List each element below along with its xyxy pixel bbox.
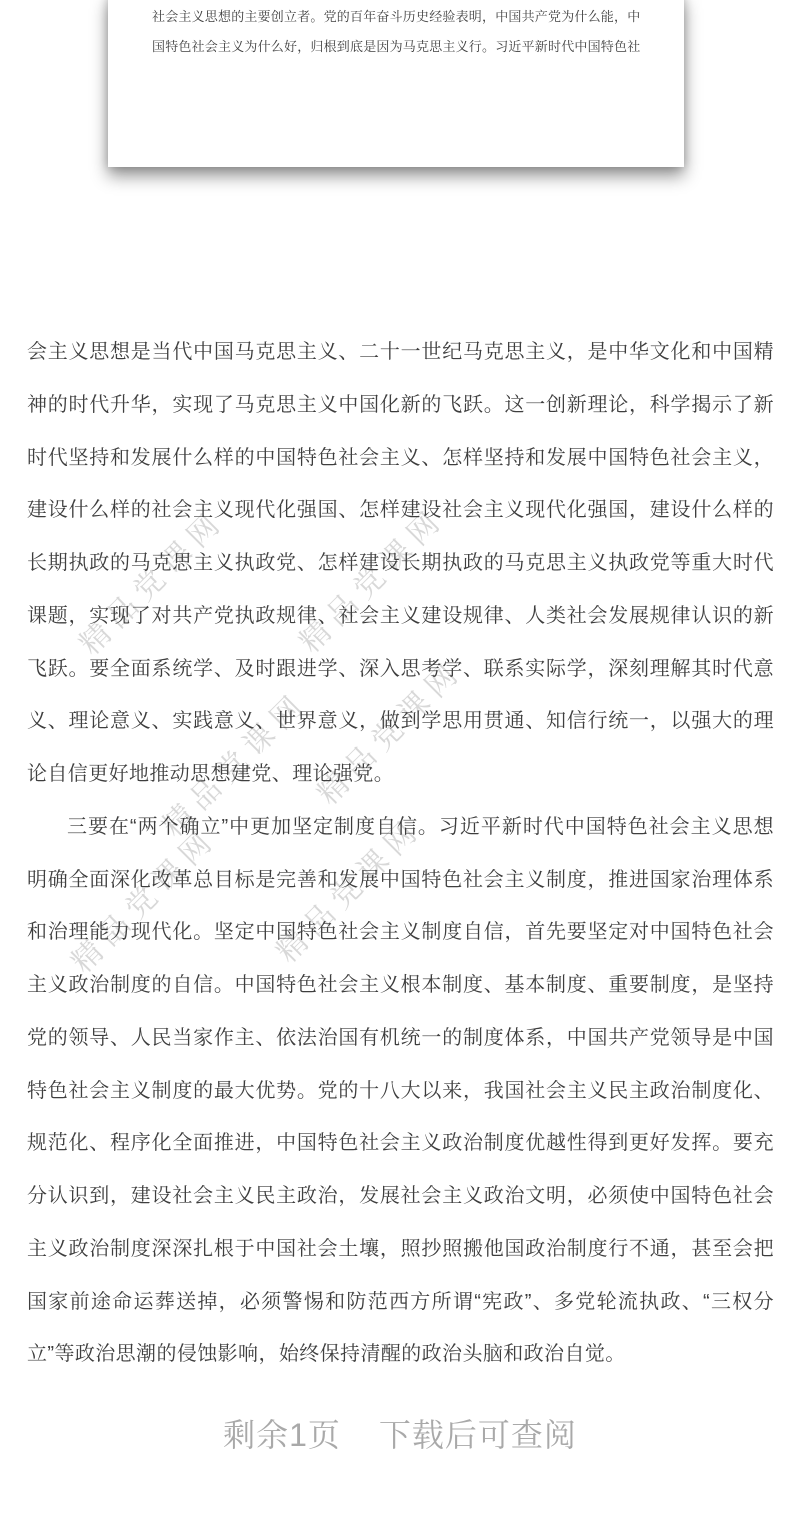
download-to-view-hint: 下载后可查阅: [379, 1417, 577, 1453]
previous-page-text-line: 社会主义思想的主要创立者。党的百年奋斗历史经验表明，中国共产党为什么能，中: [152, 2, 644, 32]
document-preview-page: 精品党课网精品党课网精品党课网精品党课网精品党课网精品党课网 社会主义思想的主要…: [0, 0, 800, 1521]
previous-page-preview-card: 社会主义思想的主要创立者。党的百年奋斗历史经验表明，中国共产党为什么能，中国特色…: [108, 0, 684, 167]
previous-page-text-line: 国特色社会主义为什么好，归根到底是因为马克思主义行。习近平新时代中国特色社: [152, 32, 644, 62]
remaining-pages-count: 剩余1页: [223, 1417, 341, 1453]
body-paragraph: 会主义思想是当代中国马克思主义、二十一世纪马克思主义，是中华文化和中国精神的时代…: [27, 326, 774, 801]
document-body-text: 会主义思想是当代中国马克思主义、二十一世纪马克思主义，是中华文化和中国精神的时代…: [27, 326, 774, 1381]
body-paragraph: 三要在“两个确立”中更加坚定制度自信。习近平新时代中国特色社会主义思想明确全面深…: [27, 801, 774, 1381]
remaining-pages-notice: 剩余1页下载后可查阅: [0, 1412, 800, 1458]
